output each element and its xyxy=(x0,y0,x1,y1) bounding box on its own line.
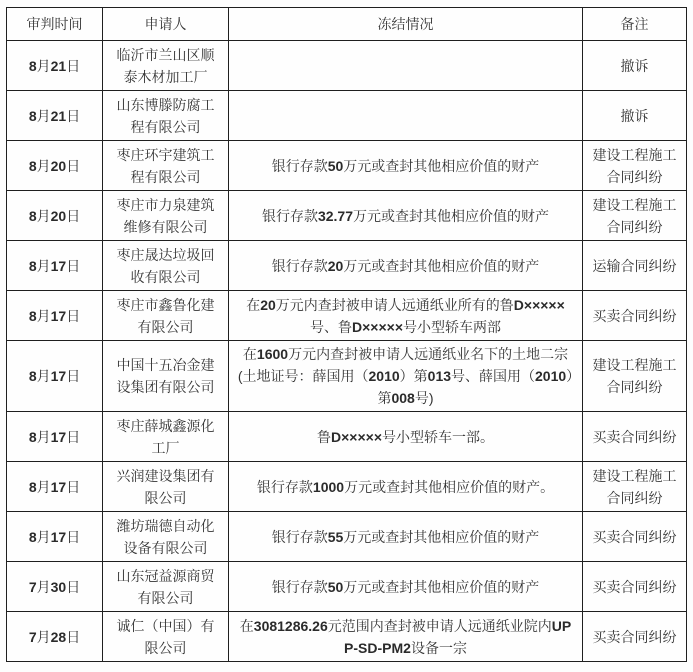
cell-note: 建设工程施工合同纠纷 xyxy=(583,191,687,241)
cell-freeze: 在20万元内查封被申请人远通纸业所有的鲁D×××××号、鲁D×××××号小型轿车… xyxy=(229,291,583,341)
cell-note: 买卖合同纠纷 xyxy=(583,412,687,462)
header-note: 备注 xyxy=(583,8,687,41)
cell-freeze: 银行存款20万元或查封其他相应价值的财产 xyxy=(229,241,583,291)
cell-applicant: 诚仁（中国）有限公司 xyxy=(103,612,229,662)
cell-date: 7月28日 xyxy=(7,612,103,662)
cell-freeze: 银行存款50万元或查封其他相应价值的财产 xyxy=(229,562,583,612)
cell-applicant: 枣庄环宇建筑工程有限公司 xyxy=(103,141,229,191)
page: 审判时间 申请人 冻结情况 备注 8月21日临沂市兰山区顺泰木材加工厂撤诉8月2… xyxy=(0,0,693,672)
table-row: 8月17日枣庄市鑫鲁化建有限公司在20万元内查封被申请人远通纸业所有的鲁D×××… xyxy=(7,291,687,341)
cell-note: 买卖合同纠纷 xyxy=(583,612,687,662)
cell-freeze: 银行存款1000万元或查封其他相应价值的财产。 xyxy=(229,462,583,512)
cell-date: 8月17日 xyxy=(7,241,103,291)
table-body: 8月21日临沂市兰山区顺泰木材加工厂撤诉8月21日山东博滕防腐工程有限公司撤诉8… xyxy=(7,41,687,662)
cell-applicant: 枣庄市鑫鲁化建有限公司 xyxy=(103,291,229,341)
cell-note: 撤诉 xyxy=(583,41,687,91)
cell-freeze: 在1600万元内查封被申请人远通纸业名下的土地二宗(土地证号：薛国用（2010）… xyxy=(229,341,583,412)
cell-note: 运输合同纠纷 xyxy=(583,241,687,291)
table-row: 8月21日山东博滕防腐工程有限公司撤诉 xyxy=(7,91,687,141)
cell-date: 8月20日 xyxy=(7,191,103,241)
cell-note: 撤诉 xyxy=(583,91,687,141)
cell-freeze xyxy=(229,41,583,91)
cell-freeze xyxy=(229,91,583,141)
table-row: 7月28日诚仁（中国）有限公司在3081286.26元范围内查封被申请人远通纸业… xyxy=(7,612,687,662)
cell-freeze: 银行存款50万元或查封其他相应价值的财产 xyxy=(229,141,583,191)
table-row: 8月17日中国十五冶金建设集团有限公司在1600万元内查封被申请人远通纸业名下的… xyxy=(7,341,687,412)
cell-note: 买卖合同纠纷 xyxy=(583,291,687,341)
header-applicant: 申请人 xyxy=(103,8,229,41)
table-row: 8月17日枣庄晟达垃圾回收有限公司银行存款20万元或查封其他相应价值的财产运输合… xyxy=(7,241,687,291)
cell-freeze: 银行存款32.77万元或查封其他相应价值的财产 xyxy=(229,191,583,241)
cell-applicant: 潍坊瑞德自动化设备有限公司 xyxy=(103,512,229,562)
cell-applicant: 山东博滕防腐工程有限公司 xyxy=(103,91,229,141)
header-row: 审判时间 申请人 冻结情况 备注 xyxy=(7,8,687,41)
cell-date: 8月17日 xyxy=(7,462,103,512)
table-row: 8月21日临沂市兰山区顺泰木材加工厂撤诉 xyxy=(7,41,687,91)
header-date: 审判时间 xyxy=(7,8,103,41)
cell-freeze: 鲁D×××××号小型轿车一部。 xyxy=(229,412,583,462)
cell-note: 建设工程施工合同纠纷 xyxy=(583,462,687,512)
table-row: 8月20日枣庄市力泉建筑维修有限公司银行存款32.77万元或查封其他相应价值的财… xyxy=(7,191,687,241)
cell-date: 8月21日 xyxy=(7,91,103,141)
header-freeze: 冻结情况 xyxy=(229,8,583,41)
cell-freeze: 在3081286.26元范围内查封被申请人远通纸业院内UPP-SD-PM2设备一… xyxy=(229,612,583,662)
cell-date: 8月17日 xyxy=(7,412,103,462)
table-row: 8月17日潍坊瑞德自动化设备有限公司银行存款55万元或查封其他相应价值的财产买卖… xyxy=(7,512,687,562)
cell-applicant: 枣庄晟达垃圾回收有限公司 xyxy=(103,241,229,291)
cell-date: 8月20日 xyxy=(7,141,103,191)
cell-applicant: 枣庄市力泉建筑维修有限公司 xyxy=(103,191,229,241)
cell-note: 建设工程施工合同纠纷 xyxy=(583,141,687,191)
cell-date: 7月30日 xyxy=(7,562,103,612)
cell-date: 8月21日 xyxy=(7,41,103,91)
cell-note: 买卖合同纠纷 xyxy=(583,562,687,612)
cell-applicant: 兴润建设集团有限公司 xyxy=(103,462,229,512)
cell-date: 8月17日 xyxy=(7,512,103,562)
cell-applicant: 中国十五冶金建设集团有限公司 xyxy=(103,341,229,412)
table-row: 8月20日枣庄环宇建筑工程有限公司银行存款50万元或查封其他相应价值的财产建设工… xyxy=(7,141,687,191)
cell-freeze: 银行存款55万元或查封其他相应价值的财产 xyxy=(229,512,583,562)
table-row: 7月30日山东冠益源商贸有限公司银行存款50万元或查封其他相应价值的财产买卖合同… xyxy=(7,562,687,612)
cell-applicant: 山东冠益源商贸有限公司 xyxy=(103,562,229,612)
table-row: 8月17日枣庄薛城鑫源化工厂鲁D×××××号小型轿车一部。买卖合同纠纷 xyxy=(7,412,687,462)
cell-date: 8月17日 xyxy=(7,291,103,341)
cell-note: 建设工程施工合同纠纷 xyxy=(583,341,687,412)
cell-applicant: 枣庄薛城鑫源化工厂 xyxy=(103,412,229,462)
cell-date: 8月17日 xyxy=(7,341,103,412)
frozen-assets-table: 审判时间 申请人 冻结情况 备注 8月21日临沂市兰山区顺泰木材加工厂撤诉8月2… xyxy=(6,7,687,662)
cell-applicant: 临沂市兰山区顺泰木材加工厂 xyxy=(103,41,229,91)
cell-note: 买卖合同纠纷 xyxy=(583,512,687,562)
table-row: 8月17日兴润建设集团有限公司银行存款1000万元或查封其他相应价值的财产。建设… xyxy=(7,462,687,512)
